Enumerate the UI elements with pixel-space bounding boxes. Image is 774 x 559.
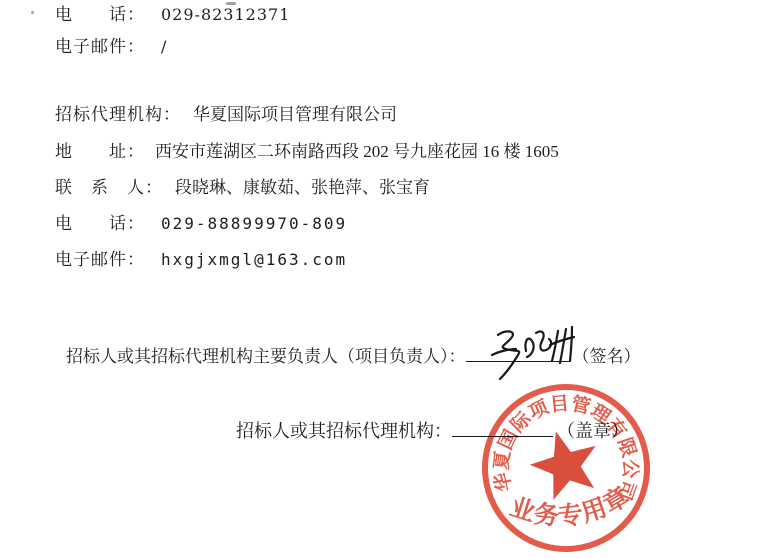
tenderer-phone-row: 电 话：029-82312371: [55, 4, 290, 26]
agency-name-label: 招标代理机构：: [55, 105, 181, 124]
seal-caption: 业务专用章: [504, 480, 637, 537]
agency-phone-value: 029-88899970-809: [161, 214, 347, 233]
tenderer-phone-label: 电 话：: [55, 5, 145, 24]
agency-phone-row: 电 话：029-88899970-809: [55, 213, 347, 235]
seal-banner-text: 业务专用章: [504, 480, 637, 537]
principal-signature-row: 招标人或其招标代理机构主要负责人（项目负责人）：（签名）: [66, 346, 641, 368]
tenderer-phone-value: 029-82312371: [161, 5, 290, 24]
signature-stroke: [550, 337, 574, 345]
seal-company-name: 华夏国际项目管理有限公司: [482, 385, 646, 517]
agency-name-value: 华夏国际项目管理有限公司: [193, 105, 397, 124]
signature-suffix: （签名）: [573, 347, 641, 366]
agency-contact-label: 联 系 人：: [55, 178, 163, 197]
agency-name-row: 招标代理机构：华夏国际项目管理有限公司: [55, 104, 397, 126]
org-seal-row: 招标人或其招标代理机构：（盖章）: [236, 420, 629, 442]
agency-email-row: 电子邮件：hxgjxmgl@163.com: [55, 249, 347, 271]
agency-email-label: 电子邮件：: [55, 250, 145, 269]
document-page: 电 话：029-82312371 电子邮件：/ 招标代理机构：华夏国际项目管理有…: [0, 0, 774, 559]
org-seal-label: 招标人或其招标代理机构：: [236, 421, 452, 441]
agency-address-value: 西安市莲湖区二环南路西段 202 号九座花园 16 楼 1605: [155, 142, 559, 161]
agency-phone-label: 电 话：: [55, 214, 145, 233]
tenderer-email-value: /: [161, 37, 167, 56]
tenderer-email-row: 电子邮件：/: [55, 36, 167, 58]
agency-contact-value: 段晓琳、康敏茹、张艳萍、张宝育: [175, 178, 430, 197]
agency-email-value: hxgjxmgl@163.com: [161, 250, 347, 269]
scan-speck: [31, 11, 34, 14]
signature-blank-line: [466, 361, 569, 362]
official-seal: 华夏国际项目管理有限公司 业务专用章: [478, 380, 654, 556]
agency-address-label: 地 址：: [55, 142, 145, 161]
agency-contact-row: 联 系 人：段晓琳、康敏茹、张艳萍、张宝育: [55, 177, 430, 199]
agency-address-row: 地 址：西安市莲湖区二环南路西段 202 号九座花园 16 楼 1605: [55, 141, 559, 163]
seal-blank-line: [452, 436, 553, 437]
seal-ring: [478, 380, 654, 556]
seal-ring-text: 华夏国际项目管理有限公司: [482, 385, 646, 517]
tenderer-email-label: 电子邮件：: [55, 37, 145, 56]
principal-signature-label: 招标人或其招标代理机构主要负责人（项目负责人）：: [66, 347, 466, 366]
seal-suffix: （盖章）: [557, 421, 629, 441]
